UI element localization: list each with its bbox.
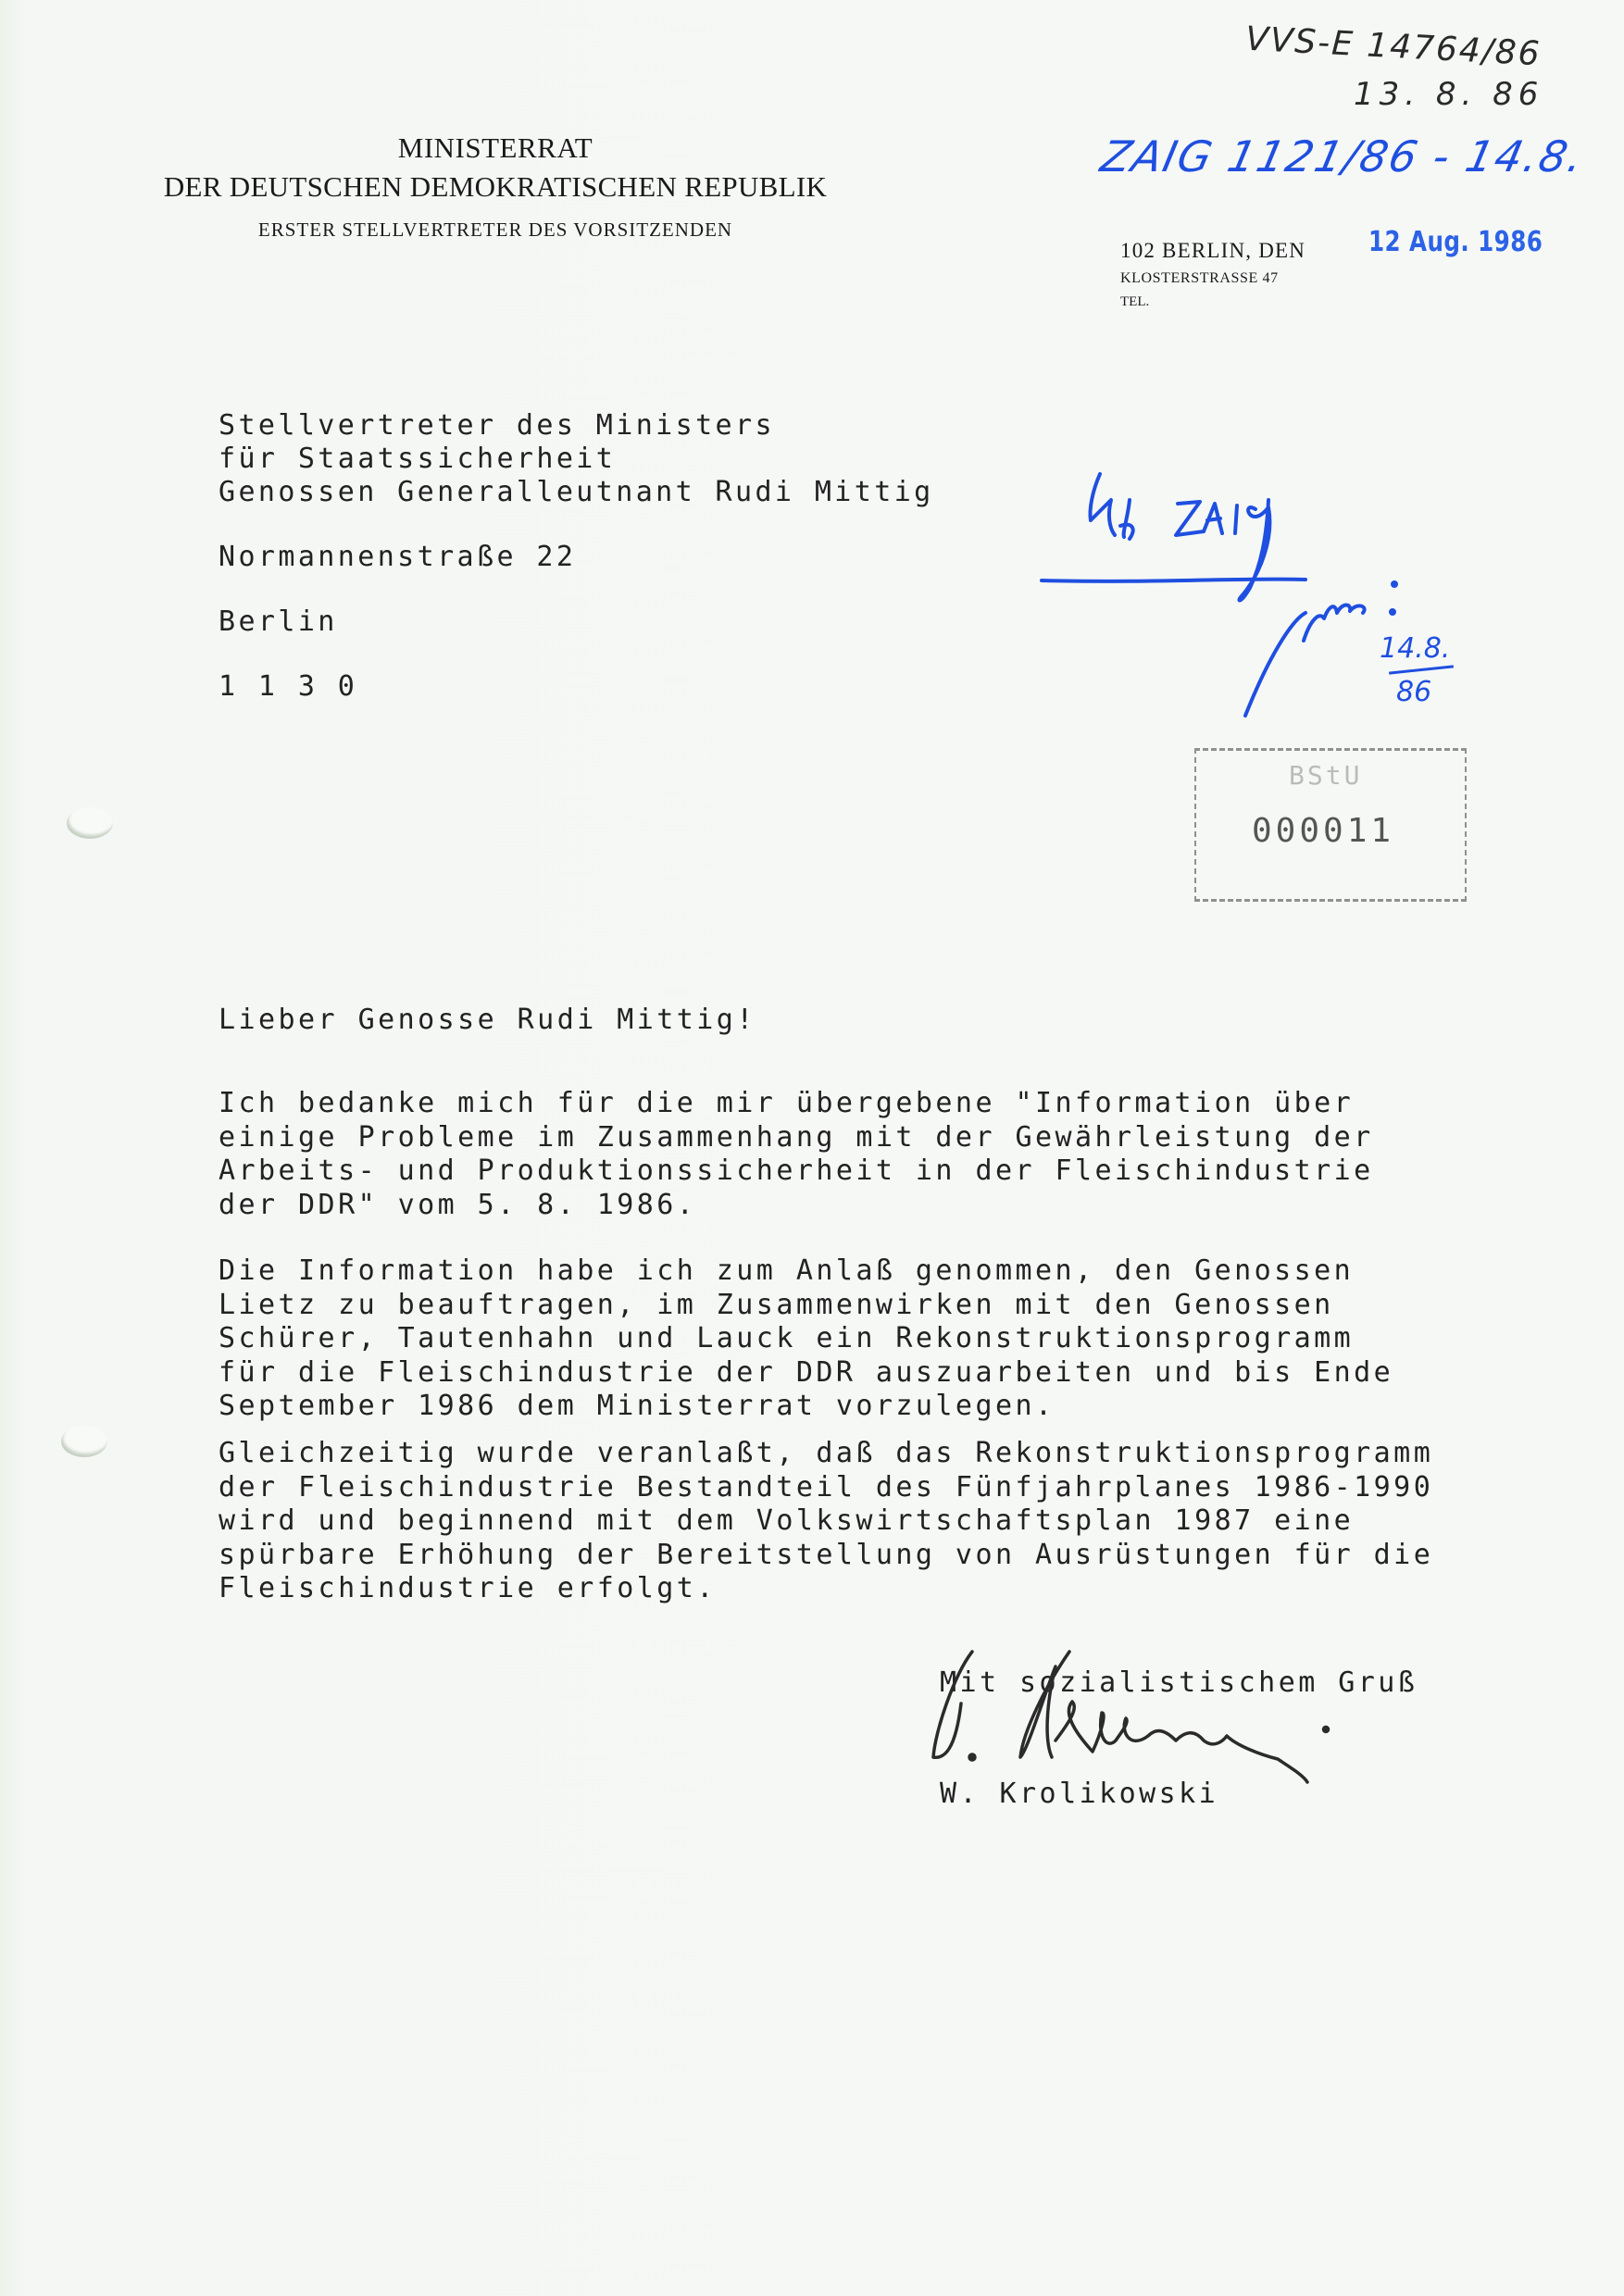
punch-hole	[61, 1426, 107, 1457]
letter-page: MINISTERRAT DER DEUTSCHEN DEMOKRATISCHEN…	[0, 0, 1624, 2296]
handwritten-registry-number: VVS-E 14764/86	[1244, 20, 1542, 74]
punch-hole	[67, 807, 113, 839]
recipient-line: Stellvertreter des Ministers	[219, 409, 775, 443]
letterhead-office: ERSTER STELLVERTRETER DES VORSITZENDEN	[0, 218, 991, 242]
recipient-line: für Staatssicherheit	[219, 443, 616, 476]
date-stamp: 12 Aug. 1986	[1368, 226, 1543, 258]
body-line: Gleichzeitig wurde veranlaßt, daß das Re…	[219, 1437, 1433, 1471]
handwritten-routing-annotation	[1018, 463, 1624, 741]
letterhead-ministerrat: MINISTERRAT	[0, 131, 991, 165]
salutation: Lieber Genosse Rudi Mittig!	[219, 1004, 756, 1038]
handwritten-registry-date: 13. 8. 86	[1354, 76, 1543, 113]
sender-place: 102 BERLIN, DEN	[1120, 239, 1305, 263]
letterhead-ddr: DER DEUTSCHEN DEMOKRATISCHEN REPUBLIK	[0, 170, 991, 204]
body-line: der Fleischindustrie Bestandteil des Fün…	[219, 1471, 1433, 1505]
recipient-postal-code: 1 1 3 0	[219, 670, 357, 704]
recipient-line: Genossen Generalleutnant Rudi Mittig	[219, 476, 934, 509]
body-line: September 1986 dem Ministerrat vorzulege…	[219, 1390, 1055, 1424]
handwritten-zaig-reference: ZAIG 1121/86 - 14.8.	[1096, 131, 1589, 181]
initials-date-bottom: 86	[1396, 676, 1431, 708]
sender-tel: TEL.	[1120, 294, 1149, 310]
body-line: Fleischindustrie erfolgt.	[219, 1572, 717, 1606]
recipient-city: Berlin	[219, 605, 338, 639]
body-line: Ich bedanke mich für die mir übergebene …	[219, 1087, 1354, 1121]
archive-stamp: BStU 000011	[1194, 748, 1467, 902]
initials-date-top: 14.8.	[1380, 632, 1450, 665]
archive-stamp-number: 000011	[1252, 812, 1394, 850]
recipient-street: Normannenstraße 22	[219, 541, 576, 574]
body-line: einige Probleme im Zusammenhang mit der …	[219, 1121, 1374, 1155]
signatory-name: W. Krolikowski	[940, 1778, 1218, 1812]
body-line: Schürer, Tautenhahn und Lauck ein Rekons…	[219, 1322, 1354, 1356]
archive-stamp-label: BStU	[1289, 760, 1362, 791]
body-line: Arbeits- und Produktionssicherheit in de…	[219, 1154, 1374, 1189]
body-line: spürbare Erhöhung der Bereitstellung von…	[219, 1539, 1433, 1573]
body-line: Die Information habe ich zum Anlaß genom…	[219, 1254, 1354, 1289]
body-line: wird und beginnend mit dem Volkswirtscha…	[219, 1504, 1354, 1539]
body-line: der DDR" vom 5. 8. 1986.	[219, 1189, 696, 1223]
sender-street: KLOSTERSTRASSE 47	[1120, 270, 1279, 287]
body-line: für die Fleischindustrie der DDR auszuar…	[219, 1356, 1393, 1391]
body-line: Lietz zu beauftragen, im Zusammenwirken …	[219, 1289, 1334, 1323]
